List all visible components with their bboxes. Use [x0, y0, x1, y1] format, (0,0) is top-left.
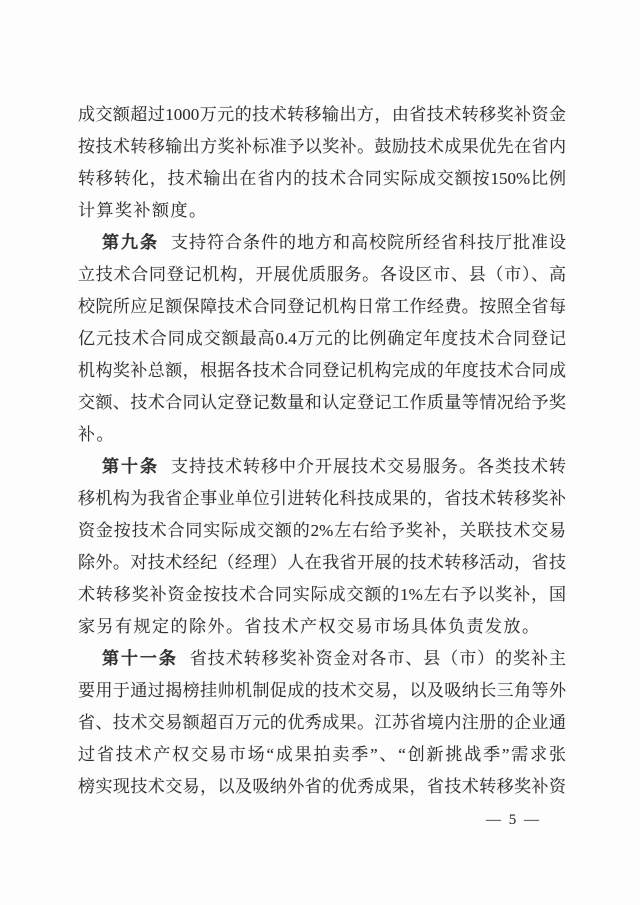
- line-text: 转移转化，技术输出在省内的技术合同实际成交额按150%比例: [78, 169, 566, 188]
- line-text: 亿元技术合同成交额最高0.4万元的比例确定年度技术合同登记: [78, 329, 566, 348]
- text-line: 补。: [78, 419, 566, 451]
- article-heading-line: 第十条支持技术转移中介开展技术交易服务。各类技术转: [78, 451, 566, 483]
- text-line: 家另有规定的除外。省技术产权交易市场具体负责发放。: [78, 611, 566, 643]
- text-line: 资金按技术合同实际成交额的2%左右给予奖补，关联技术交易: [78, 515, 566, 547]
- line-text: 要用于通过揭榜挂帅机制促成的技术交易，以及吸纳长三角等外: [78, 681, 566, 700]
- page-number: — 5 —: [486, 811, 541, 829]
- line-text: 术转移奖补资金按技术合同实际成交额的1%左右予以奖补，国: [78, 585, 566, 604]
- text-line: 要用于通过揭榜挂帅机制促成的技术交易，以及吸纳长三角等外: [78, 675, 566, 707]
- line-text: 成交额超过1000万元的技术转移输出方，由省技术转移奖补资金: [78, 105, 566, 124]
- line-text: 立技术合同登记机构，开展优质服务。各设区市、县（市）、高: [78, 265, 566, 284]
- line-text: 榜实现技术交易，以及吸纳外省的优秀成果，省技术转移奖补资: [78, 777, 566, 796]
- line-text: 支持技术转移中介开展技术交易服务。各类技术转: [171, 457, 566, 476]
- line-text: 除外。对技术经纪（经理）人在我省开展的技术转移活动，省技: [78, 553, 566, 572]
- article-heading-line: 第十一条省技术转移奖补资金对各市、县（市）的奖补主: [78, 643, 566, 675]
- line-text: 按技术转移输出方奖补标准予以奖补。鼓励技术成果优先在省内: [78, 137, 566, 156]
- text-line: 计算奖补额度。: [78, 195, 566, 227]
- line-text: 资金按技术合同实际成交额的2%左右给予奖补，关联技术交易: [78, 521, 566, 540]
- line-text: 过省技术产权交易市场“成果拍卖季”、“创新挑战季”需求张: [78, 745, 566, 764]
- line-text: 计算奖补额度。: [78, 201, 208, 220]
- text-line: 除外。对技术经纪（经理）人在我省开展的技术转移活动，省技: [78, 547, 566, 579]
- text-line: 校院所应足额保障技术合同登记机构日常工作经费。按照全省每: [78, 291, 566, 323]
- line-text: 省、技术交易额超百万元的优秀成果。江苏省境内注册的企业通: [78, 713, 566, 732]
- text-line: 成交额超过1000万元的技术转移输出方，由省技术转移奖补资金: [78, 99, 566, 131]
- document-body: 成交额超过1000万元的技术转移输出方，由省技术转移奖补资金按技术转移输出方奖补…: [78, 99, 566, 803]
- text-line: 术转移奖补资金按技术合同实际成交额的1%左右予以奖补，国: [78, 579, 566, 611]
- article-heading-line: 第九条支持符合条件的地方和高校院所经省科技厅批准设: [78, 227, 566, 259]
- text-line: 亿元技术合同成交额最高0.4万元的比例确定年度技术合同登记: [78, 323, 566, 355]
- line-text: 省技术转移奖补资金对各市、县（市）的奖补主: [190, 649, 566, 668]
- article-number: 第十条: [102, 457, 159, 476]
- line-text: 支持符合条件的地方和高校院所经省科技厅批准设: [171, 233, 566, 252]
- document-page: 成交额超过1000万元的技术转移输出方，由省技术转移奖补资金按技术转移输出方奖补…: [0, 0, 640, 905]
- line-text: 交额、技术合同认定登记数量和认定登记工作质量等情况给予奖: [78, 393, 566, 412]
- text-line: 榜实现技术交易，以及吸纳外省的优秀成果，省技术转移奖补资: [78, 771, 566, 803]
- text-line: 立技术合同登记机构，开展优质服务。各设区市、县（市）、高: [78, 259, 566, 291]
- line-text: 移机构为我省企事业单位引进转化科技成果的，省技术转移奖补: [78, 489, 566, 508]
- text-line: 移机构为我省企事业单位引进转化科技成果的，省技术转移奖补: [78, 483, 566, 515]
- text-line: 按技术转移输出方奖补标准予以奖补。鼓励技术成果优先在省内: [78, 131, 566, 163]
- article-number: 第九条: [102, 233, 159, 252]
- text-line: 过省技术产权交易市场“成果拍卖季”、“创新挑战季”需求张: [78, 739, 566, 771]
- line-text: 校院所应足额保障技术合同登记机构日常工作经费。按照全省每: [78, 297, 566, 316]
- text-line: 转移转化，技术输出在省内的技术合同实际成交额按150%比例: [78, 163, 566, 195]
- text-line: 交额、技术合同认定登记数量和认定登记工作质量等情况给予奖: [78, 387, 566, 419]
- article-number: 第十一条: [102, 649, 178, 668]
- text-line: 省、技术交易额超百万元的优秀成果。江苏省境内注册的企业通: [78, 707, 566, 739]
- line-text: 机构奖补总额，根据各技术合同登记机构完成的年度技术合同成: [78, 361, 566, 380]
- line-text: 家另有规定的除外。省技术产权交易市场具体负责发放。: [78, 617, 541, 636]
- text-line: 机构奖补总额，根据各技术合同登记机构完成的年度技术合同成: [78, 355, 566, 387]
- line-text: 补。: [78, 425, 115, 444]
